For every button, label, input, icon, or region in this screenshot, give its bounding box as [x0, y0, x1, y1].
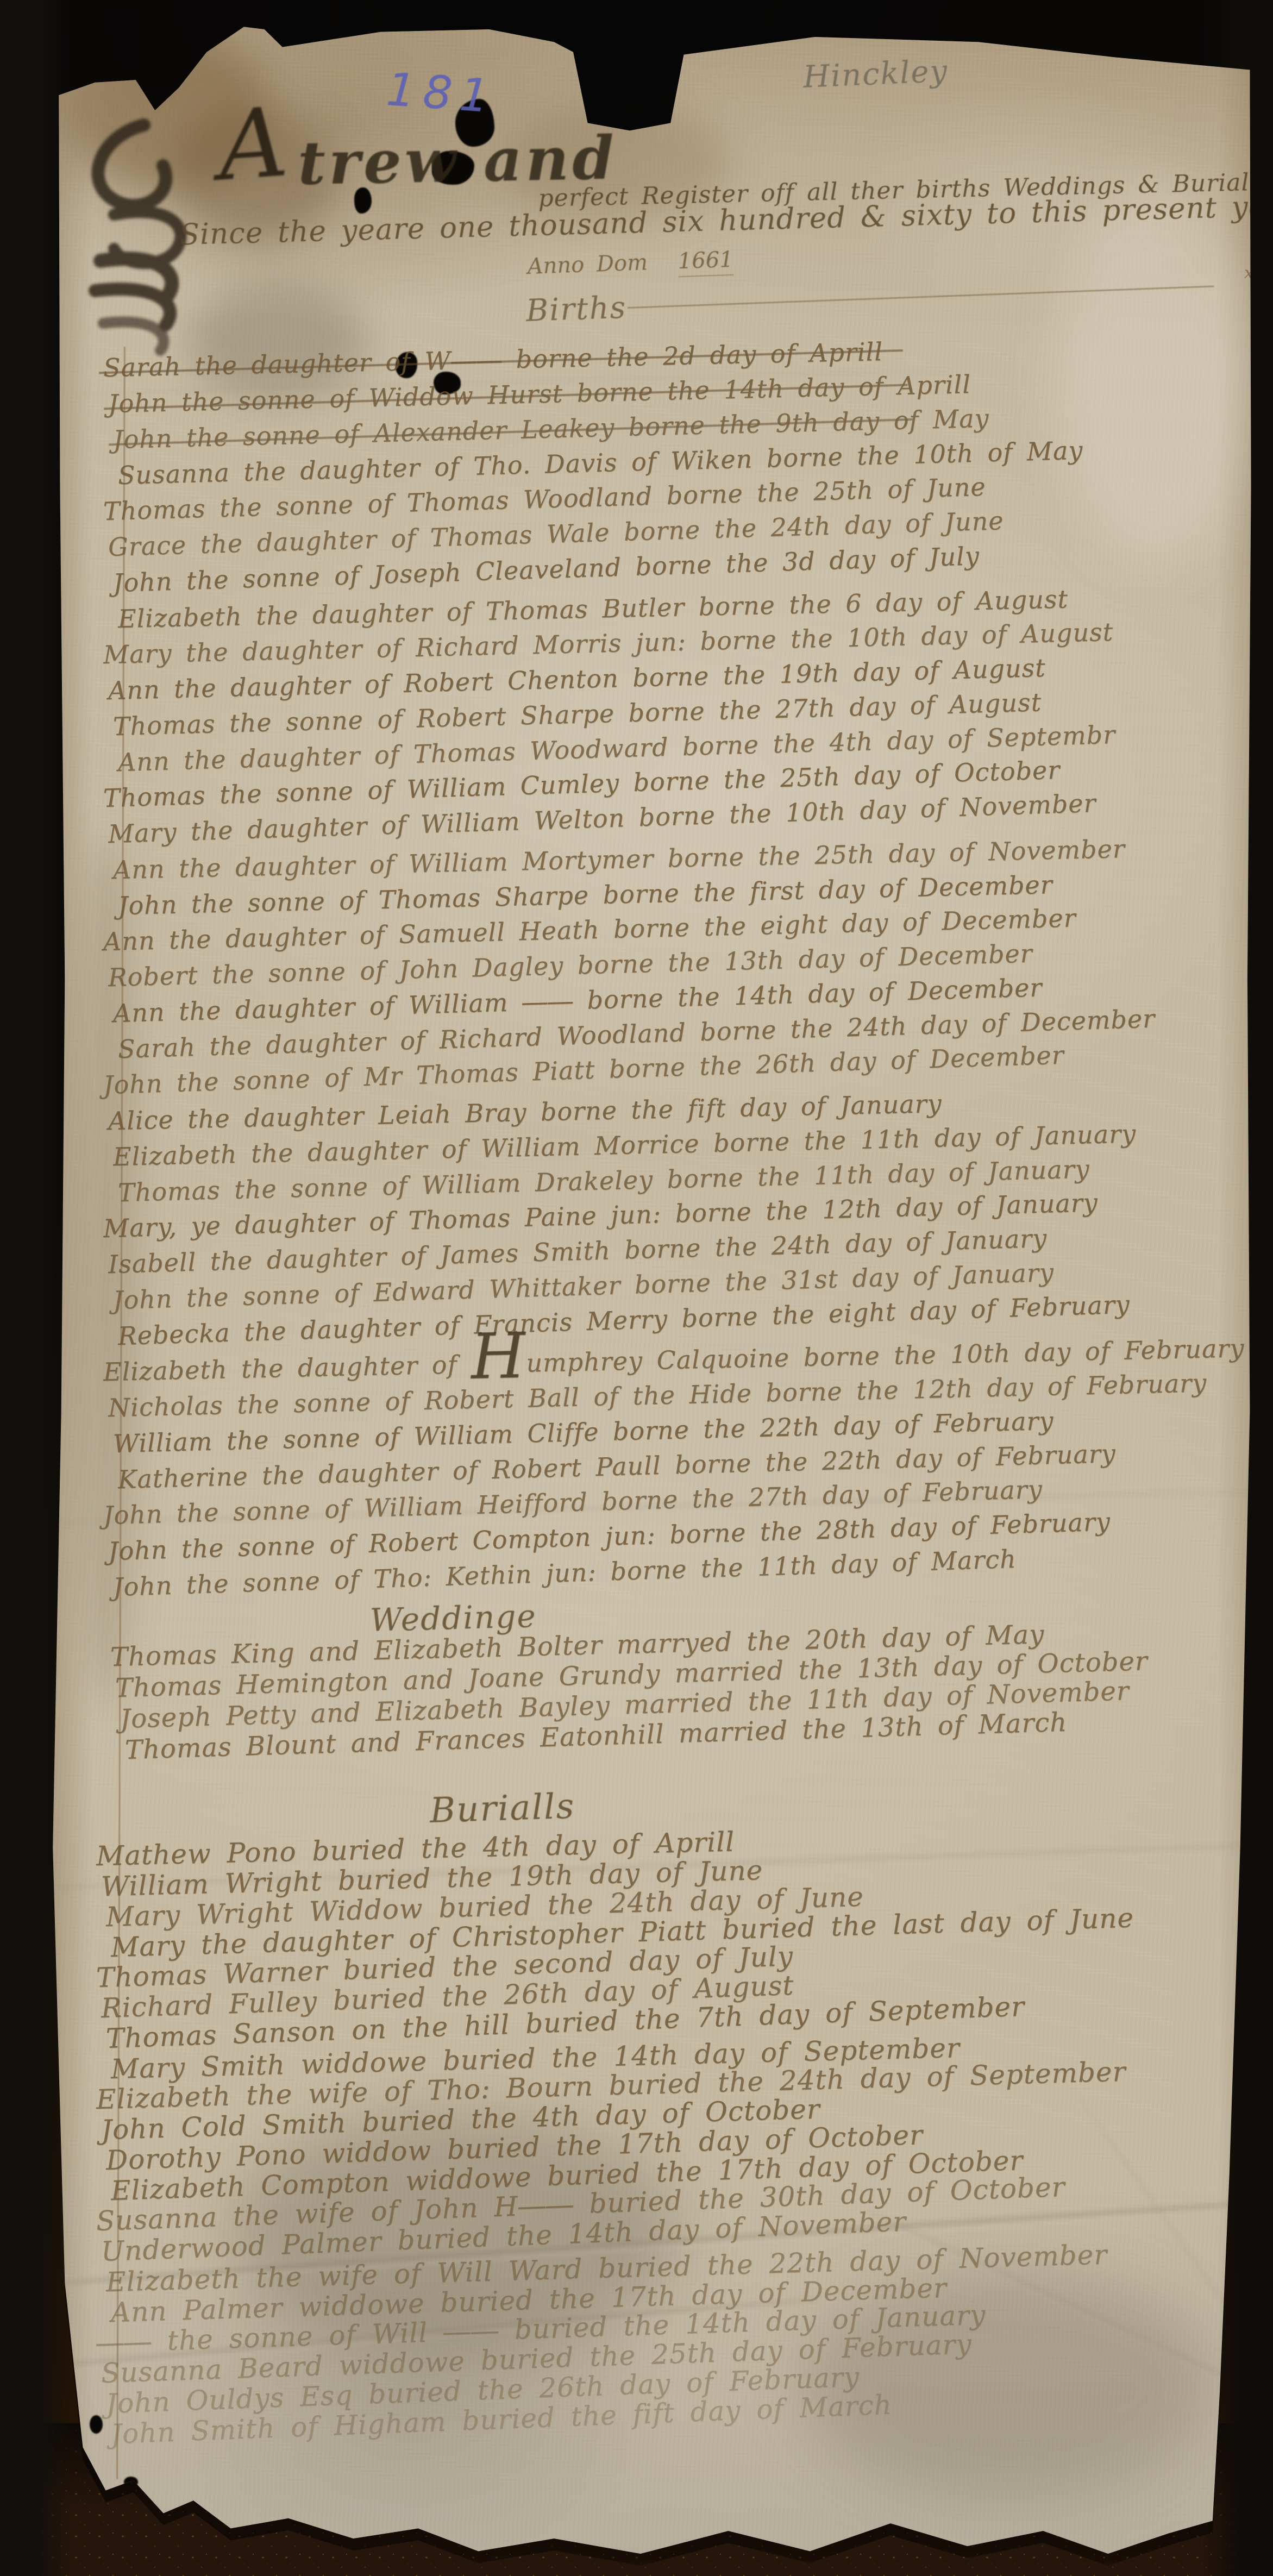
anno-label: Anno Dom — [527, 250, 648, 279]
place-name-pencil: Hinckley — [802, 53, 949, 95]
title-initial-letter: A — [215, 86, 291, 202]
page-number: 181 — [385, 62, 498, 123]
births-heading: Births — [525, 290, 627, 329]
screenshot-root: { "page": { "number": "181", "place": "H… — [0, 0, 1273, 2576]
parchment-sheet: 181 Hinckley A trew and perfect Register… — [52, 22, 1253, 2554]
burials-heading: Burialls — [429, 1787, 575, 1831]
anno-year: 1661 — [678, 247, 734, 278]
oversized-ink-letter-h: H — [471, 1356, 526, 1357]
